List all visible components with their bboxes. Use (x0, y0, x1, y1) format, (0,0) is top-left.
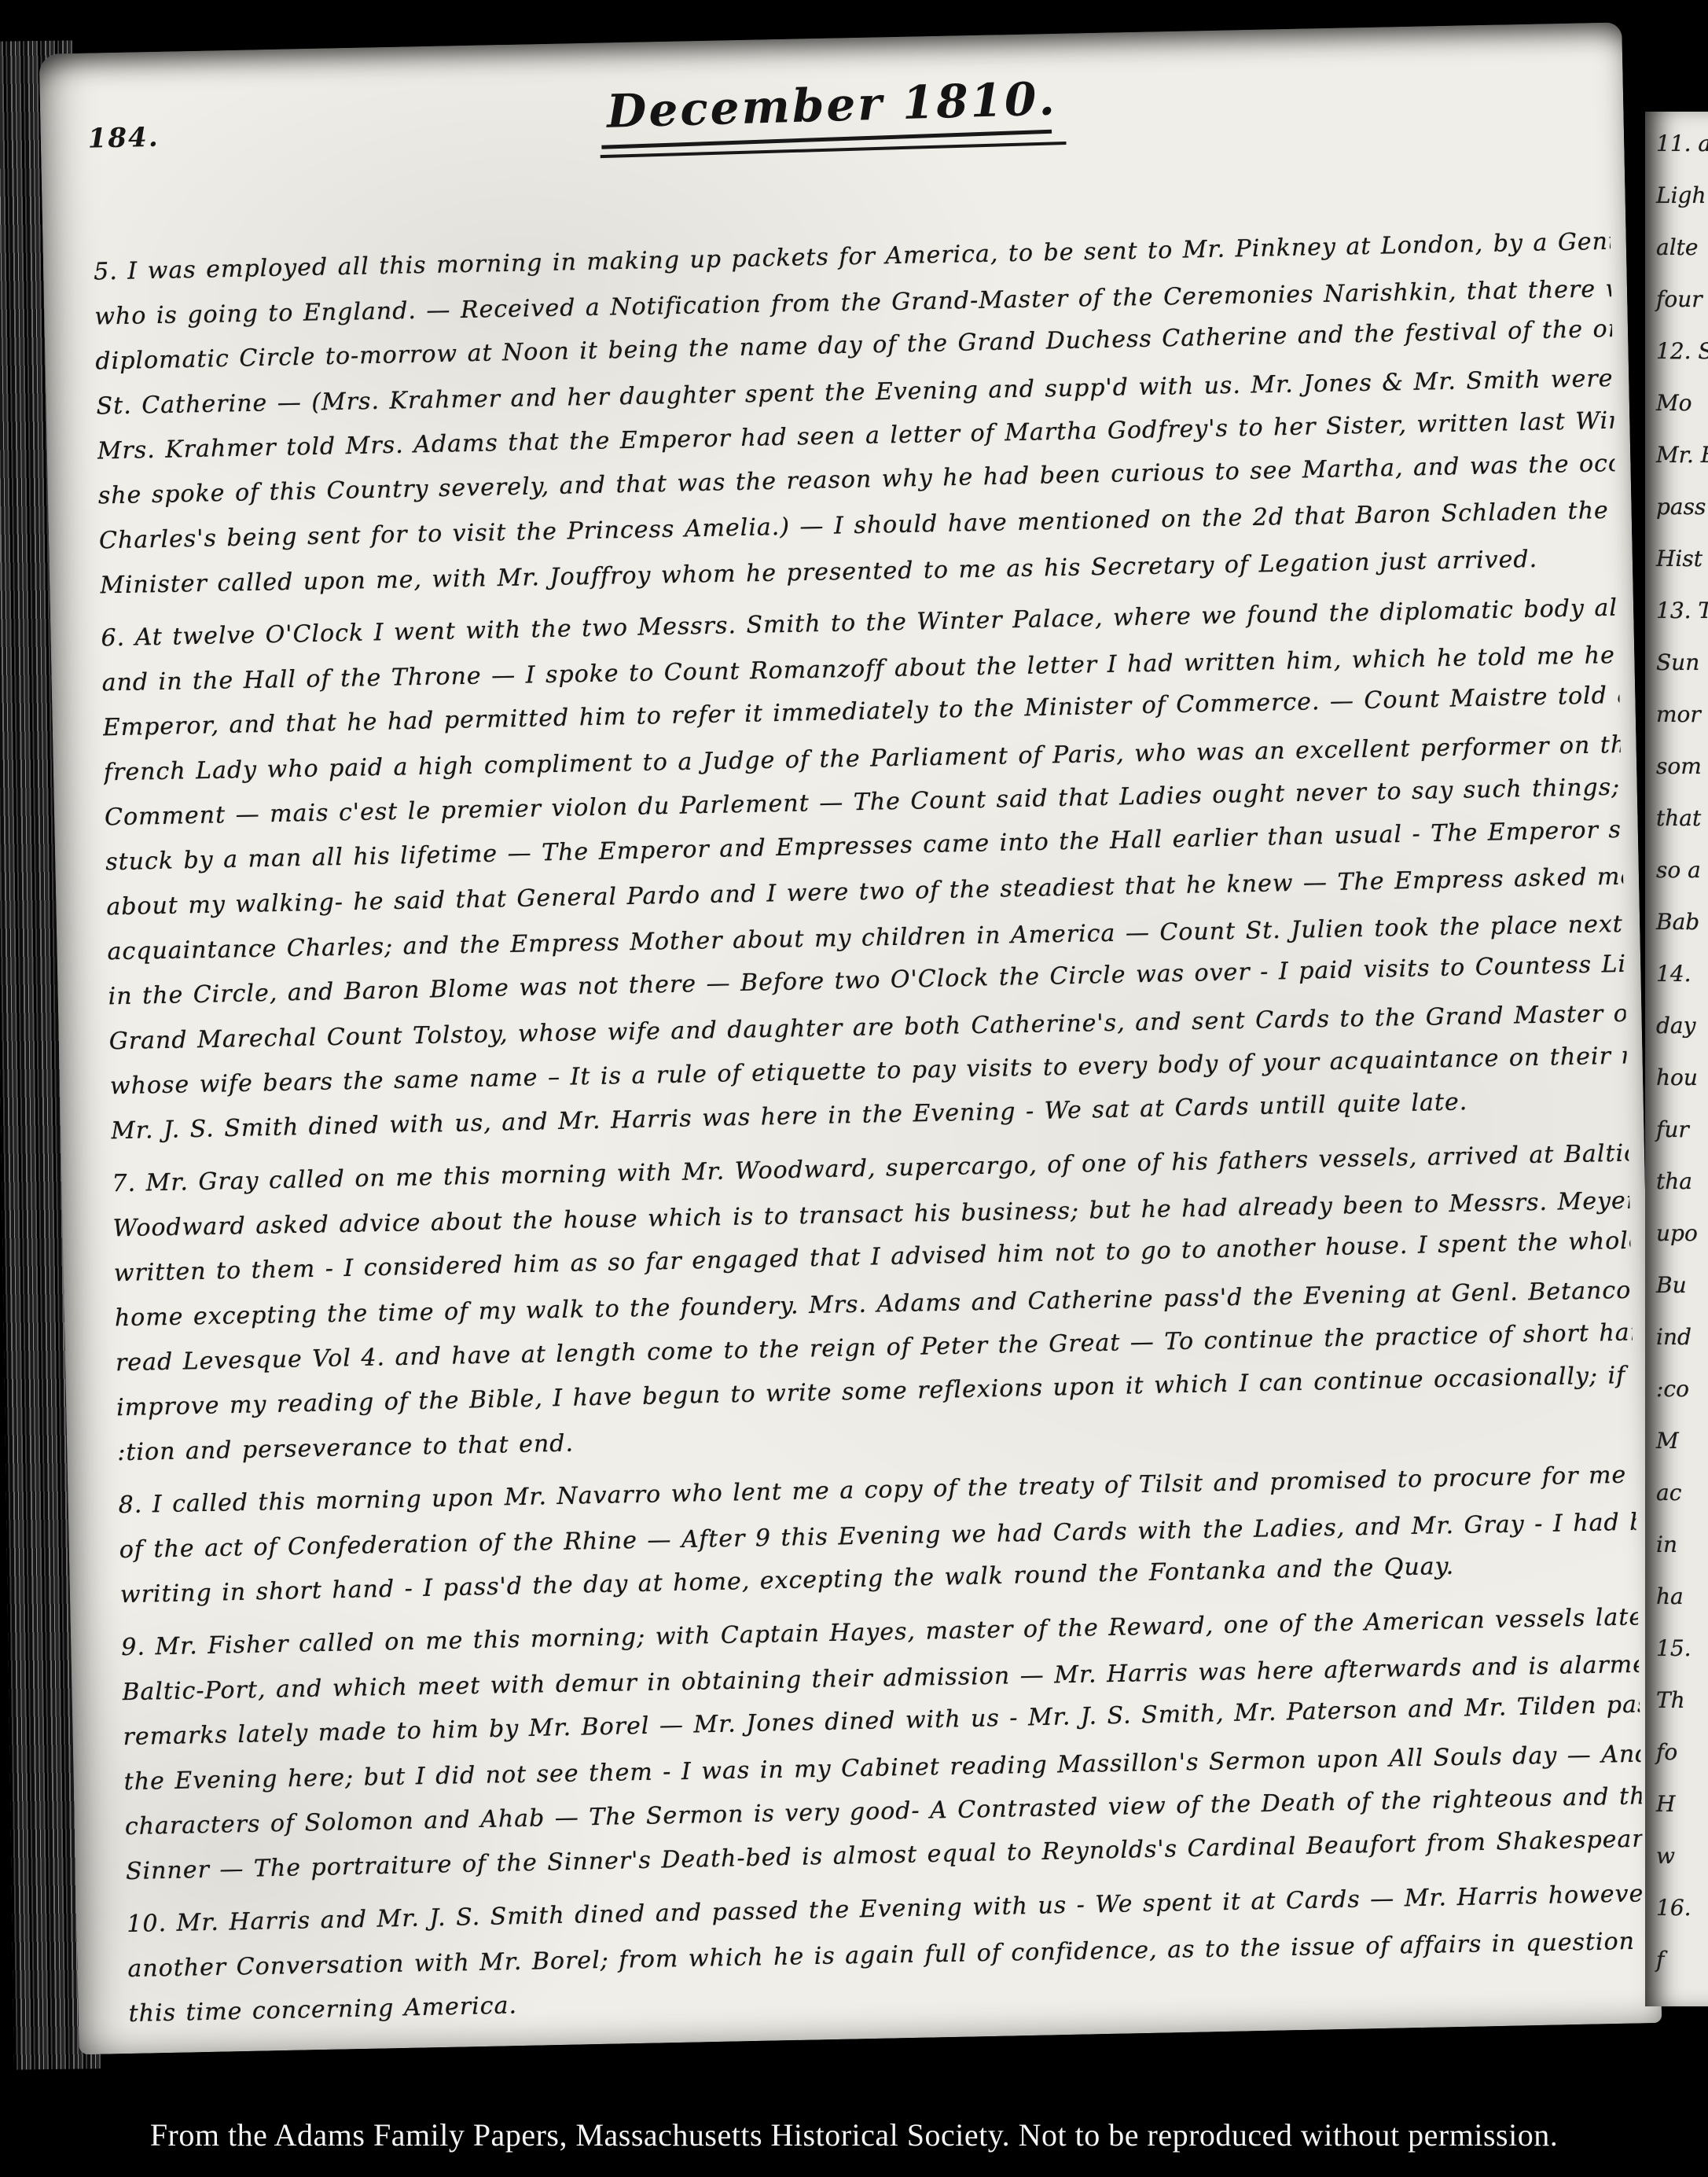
next-page-line-fragment: 13. T (1645, 585, 1708, 637)
page-heading: December 1810. (598, 75, 1066, 158)
next-page-line-fragment: :co (1645, 1363, 1708, 1415)
diary-entries: 5. I was employed all this morning in ma… (94, 219, 1647, 2054)
next-page-line-fragment: alte (1645, 222, 1708, 274)
next-page-line-fragment: fur (1645, 1104, 1708, 1156)
next-page-line-fragment: f (1645, 1934, 1708, 1986)
next-page-line-fragment: Ligh (1645, 170, 1708, 222)
next-page-line-fragment: in (1645, 1519, 1708, 1571)
next-page-line-fragment: 14. (1645, 948, 1708, 1000)
archive-caption: From the Adams Family Papers, Massachuse… (0, 2116, 1708, 2154)
entry-6: 6. At twelve O'Clock I went with the two… (101, 586, 1628, 1154)
next-page-line-fragment: M (1645, 1415, 1708, 1467)
next-page-line-fragment: Mr. B (1645, 429, 1708, 481)
next-page-line-fragment: w (1645, 1830, 1708, 1882)
next-page-line-fragment: pass (1645, 481, 1708, 533)
next-page-line-fragment: 11. a (1645, 118, 1708, 170)
next-page-line-fragment: hou (1645, 1052, 1708, 1104)
next-page-line-fragment: Bab (1645, 896, 1708, 948)
entry-10: 10. Mr. Harris and Mr. J. S. Smith dined… (127, 1871, 1646, 2036)
next-page-line-fragment: tha (1645, 1156, 1708, 1208)
page-number: 184. (87, 124, 159, 153)
next-page-line-fragment: Bu (1645, 1259, 1708, 1311)
next-page-line-fragment: 16. (1645, 1882, 1708, 1934)
next-page-line-fragment: Hist (1645, 533, 1708, 585)
next-page-line-fragment: Sun (1645, 637, 1708, 689)
next-page-line-fragment: ha (1645, 1571, 1708, 1623)
heading-wrap: December 1810. (40, 66, 1625, 222)
entry-9: 9. Mr. Fisher called on me this morning;… (121, 1594, 1643, 1894)
entry-5: 5. I was employed all this morning in ma… (94, 219, 1618, 609)
next-page-line-fragment: so a (1645, 844, 1708, 896)
next-page-line-fragment: Th (1645, 1675, 1708, 1727)
next-page-line-fragment: Mo (1645, 377, 1708, 429)
next-page-sliver: 11. aLighaltefour12. SMoMr. BpassHist13.… (1645, 112, 1708, 2006)
entry-8: 8. I called this morning upon Mr. Navarr… (118, 1452, 1637, 1617)
next-page-line-fragment: day (1645, 1000, 1708, 1052)
next-page-line-fragment: ac (1645, 1467, 1708, 1519)
next-page-line-fragment: ind (1645, 1311, 1708, 1363)
next-page-line-fragment: four (1645, 274, 1708, 325)
scanned-manuscript-screenshot: 184. December 1810. 5. I was employed al… (0, 0, 1708, 2177)
next-page-line-fragment: upo (1645, 1208, 1708, 1259)
next-page-line-fragment: som (1645, 741, 1708, 792)
next-page-line-fragment: 12. S (1645, 325, 1708, 377)
entry-7: 7. Mr. Gray called on me this morning wi… (112, 1131, 1635, 1476)
next-page-line-fragment: 15. (1645, 1623, 1708, 1675)
next-page-line-fragment: mor (1645, 689, 1708, 741)
next-page-line-fragment: fo (1645, 1727, 1708, 1778)
next-page-line-fragment: H (1645, 1778, 1708, 1830)
next-page-line-fragment: that (1645, 792, 1708, 844)
manuscript-page: 184. December 1810. 5. I was employed al… (39, 22, 1662, 2054)
